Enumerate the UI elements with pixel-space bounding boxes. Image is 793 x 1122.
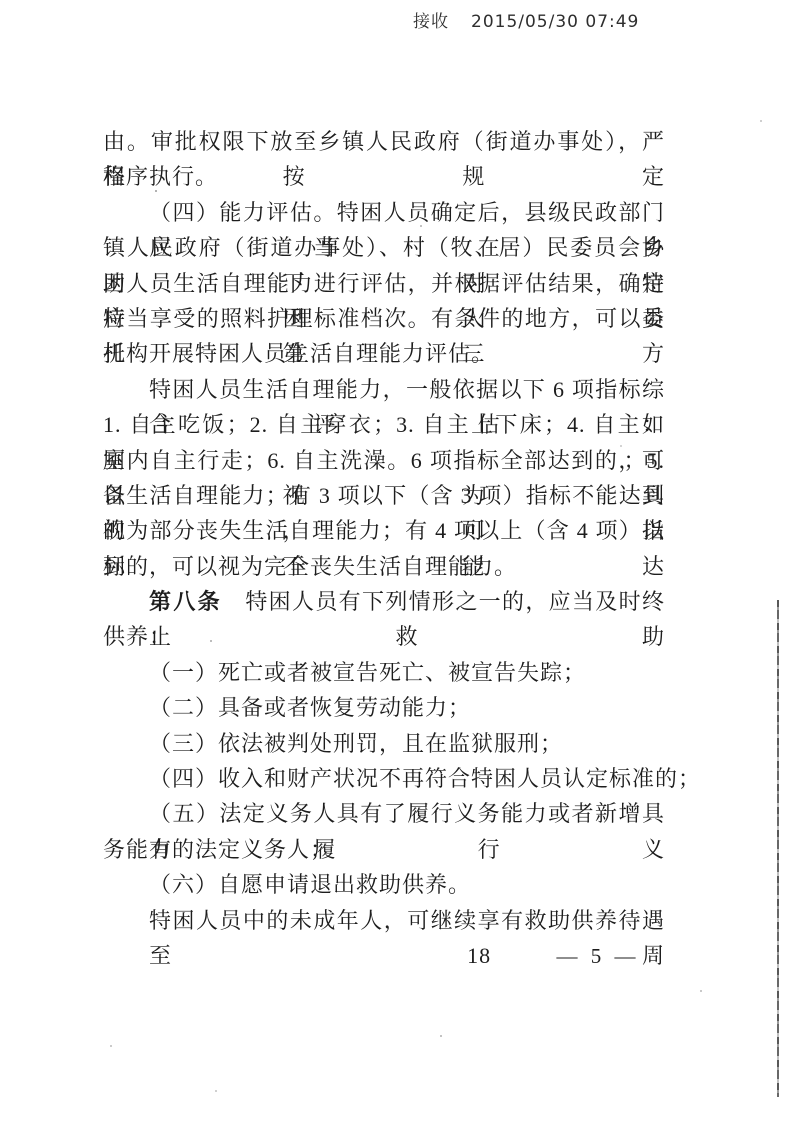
page-number: — 5 — <box>548 944 648 969</box>
text-line: 备生活自理能力；有 3 项以下（含 3 项）指标不能达到的，可以 <box>103 478 665 513</box>
scanned-page: 接收2015/05/30 07:49 由。审批权限下放至乡镇人民政府（街道办事处… <box>0 0 793 1122</box>
text-line: 特困人员中的未成年人，可继续享有救助供养待遇至 18 周 <box>103 903 665 938</box>
text-line: 视为部分丧失生活自理能力；有 4 项以上（含 4 项）指标不能达 <box>103 513 665 548</box>
text-line: 1. 自主吃饭；2. 自主穿衣；3. 自主上下床；4. 自主如厕；5. <box>103 407 665 442</box>
text-line: （四）收入和财产状况不再符合特困人员认定标准的； <box>103 761 665 796</box>
article-number-bold: 第八条 <box>149 589 222 614</box>
text-line: 应当享受的照料护理标准档次。有条件的地方，可以委托第三方 <box>103 301 665 336</box>
fax-timestamp: 2015/05/30 07:49 <box>471 12 639 32</box>
text-line: （二）具备或者恢复劳动能力； <box>103 690 665 725</box>
text-line: （六）自愿申请退出救助供养。 <box>103 867 665 902</box>
text-line: 特困人员生活自理能力，一般依据以下 6 项指标综合评估： <box>103 372 665 407</box>
text-line: 困人员生活自理能力进行评估，并根据评估结果，确定特困人员 <box>103 266 665 301</box>
text-line: （五）法定义务人具有了履行义务能力或者新增具有履行义 <box>103 796 665 831</box>
scan-artifact-line <box>777 600 779 1097</box>
text-line: 第八条 特困人员有下列情形之一的，应当及时终止救助 <box>103 584 665 619</box>
fax-received-label: 接收 <box>413 12 449 32</box>
text-line: 由。审批权限下放至乡镇人民政府（街道办事处），严格按规定 <box>103 124 665 159</box>
text-line: 镇人民政府（街道办事处）、村（牧、居）民委员会协助下对特 <box>103 230 665 265</box>
document-body: 由。审批权限下放至乡镇人民政府（街道办事处），严格按规定程序执行。（四）能力评估… <box>103 124 665 938</box>
text-line: （三）依法被判处刑罚，且在监狱服刑； <box>103 726 665 761</box>
fax-header: 接收2015/05/30 07:49 <box>413 7 639 32</box>
text-line: （四）能力评估。特困人员确定后，县级民政部门应当在乡 <box>103 195 665 230</box>
text-line: 室内自主行走；6. 自主洗澡。6 项指标全部达到的，可以视为具 <box>103 443 665 478</box>
text-line: （一）死亡或者被宣告死亡、被宣告失踪； <box>103 655 665 690</box>
scan-noise-specks <box>155 190 157 192</box>
